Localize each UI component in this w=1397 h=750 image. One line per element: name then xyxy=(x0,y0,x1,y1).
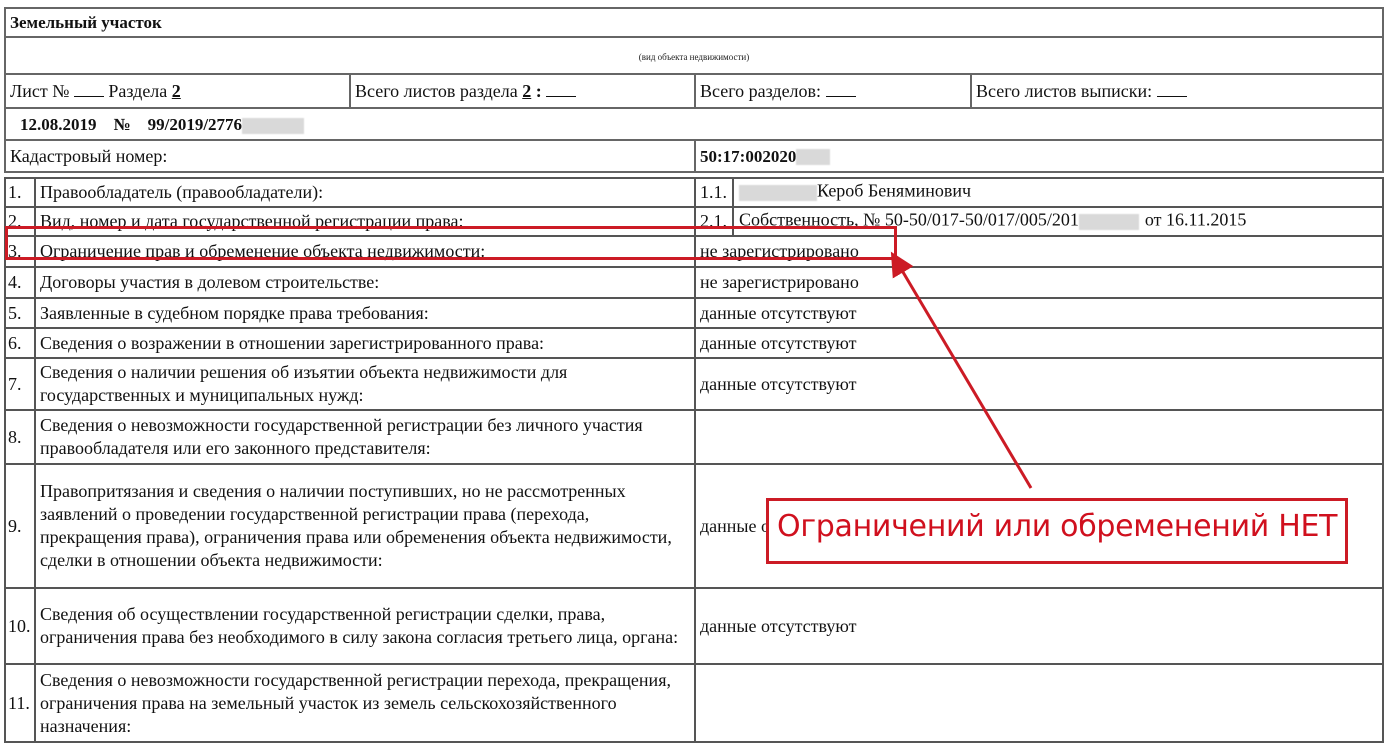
cadastral-label: Кадастровый номер: xyxy=(5,140,695,172)
table-row: 4.Договоры участия в долевом строительст… xyxy=(5,267,1383,298)
row-number: 1. xyxy=(5,178,35,207)
section-label: Раздела xyxy=(108,81,167,101)
total-sections-cell: Всего разделов: xyxy=(695,74,971,108)
row-number: 5. xyxy=(5,298,35,328)
row-label: Заявленные в судебном порядке права треб… xyxy=(35,298,695,328)
row-value: данные отсутствуют xyxy=(695,588,1383,664)
sheet-number-cell: Лист № Раздела 2 xyxy=(5,74,350,108)
section-value: 2 xyxy=(172,81,181,101)
row-number: 4. xyxy=(5,267,35,298)
row-label: Правообладатель (правообладатели): xyxy=(35,178,695,207)
redacted-block xyxy=(796,149,830,165)
total-extract-sheets-blank xyxy=(1157,80,1187,97)
date-number-row: 12.08.2019 № 99/2019/2776 xyxy=(5,108,1383,140)
table-row: 10.Сведения об осуществлении государстве… xyxy=(5,588,1383,664)
holder-name: Кероб Беняминович xyxy=(817,181,971,201)
row-value: 1.1.Кероб Беняминович xyxy=(695,178,1383,207)
row-value: не зарегистрировано xyxy=(695,267,1383,298)
redacted-block xyxy=(1079,214,1139,230)
row-label: Договоры участия в долевом строительстве… xyxy=(35,267,695,298)
table-row: 6.Сведения о возражении в отношении заре… xyxy=(5,328,1383,358)
row-number: 10. xyxy=(5,588,35,664)
total-sheets-section-value: 2 xyxy=(522,81,531,101)
row-value: данные отсутствуют xyxy=(695,298,1383,328)
header-table: Земельный участок (вид объекта недвижимо… xyxy=(4,7,1384,173)
extract-document: Земельный участок (вид объекта недвижимо… xyxy=(4,7,1384,743)
total-extract-sheets-cell: Всего листов выписки: xyxy=(971,74,1383,108)
sub-number: 1.1. xyxy=(700,179,734,206)
table-row: 11.Сведения о невозможности государствен… xyxy=(5,664,1383,742)
total-sections-blank xyxy=(826,80,856,97)
row-label: Правопритязания и сведения о наличии пос… xyxy=(35,464,695,588)
row-label: Сведения о невозможности государственной… xyxy=(35,410,695,464)
total-sheets-section-label: Всего листов раздела xyxy=(355,81,518,101)
table-row: 7.Сведения о наличии решения об изъятии … xyxy=(5,358,1383,410)
number-sign: № xyxy=(114,115,131,134)
row-label: Сведения об осуществлении государственно… xyxy=(35,588,695,664)
extract-date: 12.08.2019 xyxy=(20,115,97,134)
table-row: 5.Заявленные в судебном порядке права тр… xyxy=(5,298,1383,328)
row-value xyxy=(695,664,1383,742)
sheet-no-blank xyxy=(74,80,104,97)
cadastral-value: 50:17:002020 xyxy=(700,147,796,166)
cadastral-value-cell: 50:17:002020 xyxy=(695,140,1383,172)
object-type-title: Земельный участок xyxy=(5,8,1383,37)
table-row: 8.Сведения о невозможности государственн… xyxy=(5,410,1383,464)
rights-table: 1.Правообладатель (правообладатели):1.1.… xyxy=(4,177,1384,743)
registration-date: от 16.11.2015 xyxy=(1145,210,1246,230)
total-extract-sheets-label: Всего листов выписки: xyxy=(976,81,1152,101)
redacted-block xyxy=(739,185,817,201)
table-row: 1.Правообладатель (правообладатели):1.1.… xyxy=(5,178,1383,207)
row-label: Сведения о невозможности государственной… xyxy=(35,664,695,742)
row-value xyxy=(695,410,1383,464)
row-label: Сведения о возражении в отношении зареги… xyxy=(35,328,695,358)
row-number: 7. xyxy=(5,358,35,410)
redacted-block xyxy=(242,118,304,134)
object-type-caption: (вид объекта недвижимости) xyxy=(5,37,1383,74)
row-label: Сведения о наличии решения об изъятии об… xyxy=(35,358,695,410)
row-number: 9. xyxy=(5,464,35,588)
row-number: 6. xyxy=(5,328,35,358)
total-sheets-section-cell: Всего листов раздела 2 : xyxy=(350,74,695,108)
row-value: данные отсутствуют xyxy=(695,328,1383,358)
total-sections-label: Всего разделов: xyxy=(700,81,821,101)
total-sheets-section-blank xyxy=(546,80,576,97)
row-number: 11. xyxy=(5,664,35,742)
sheet-no-label: Лист № xyxy=(10,81,69,101)
highlight-row-3 xyxy=(5,226,897,260)
annotation-callout: Ограничений или обременений НЕТ xyxy=(766,498,1348,564)
row-value: данные отсутствуют xyxy=(695,358,1383,410)
extract-number: 99/2019/2776 xyxy=(148,115,242,134)
row-number: 8. xyxy=(5,410,35,464)
